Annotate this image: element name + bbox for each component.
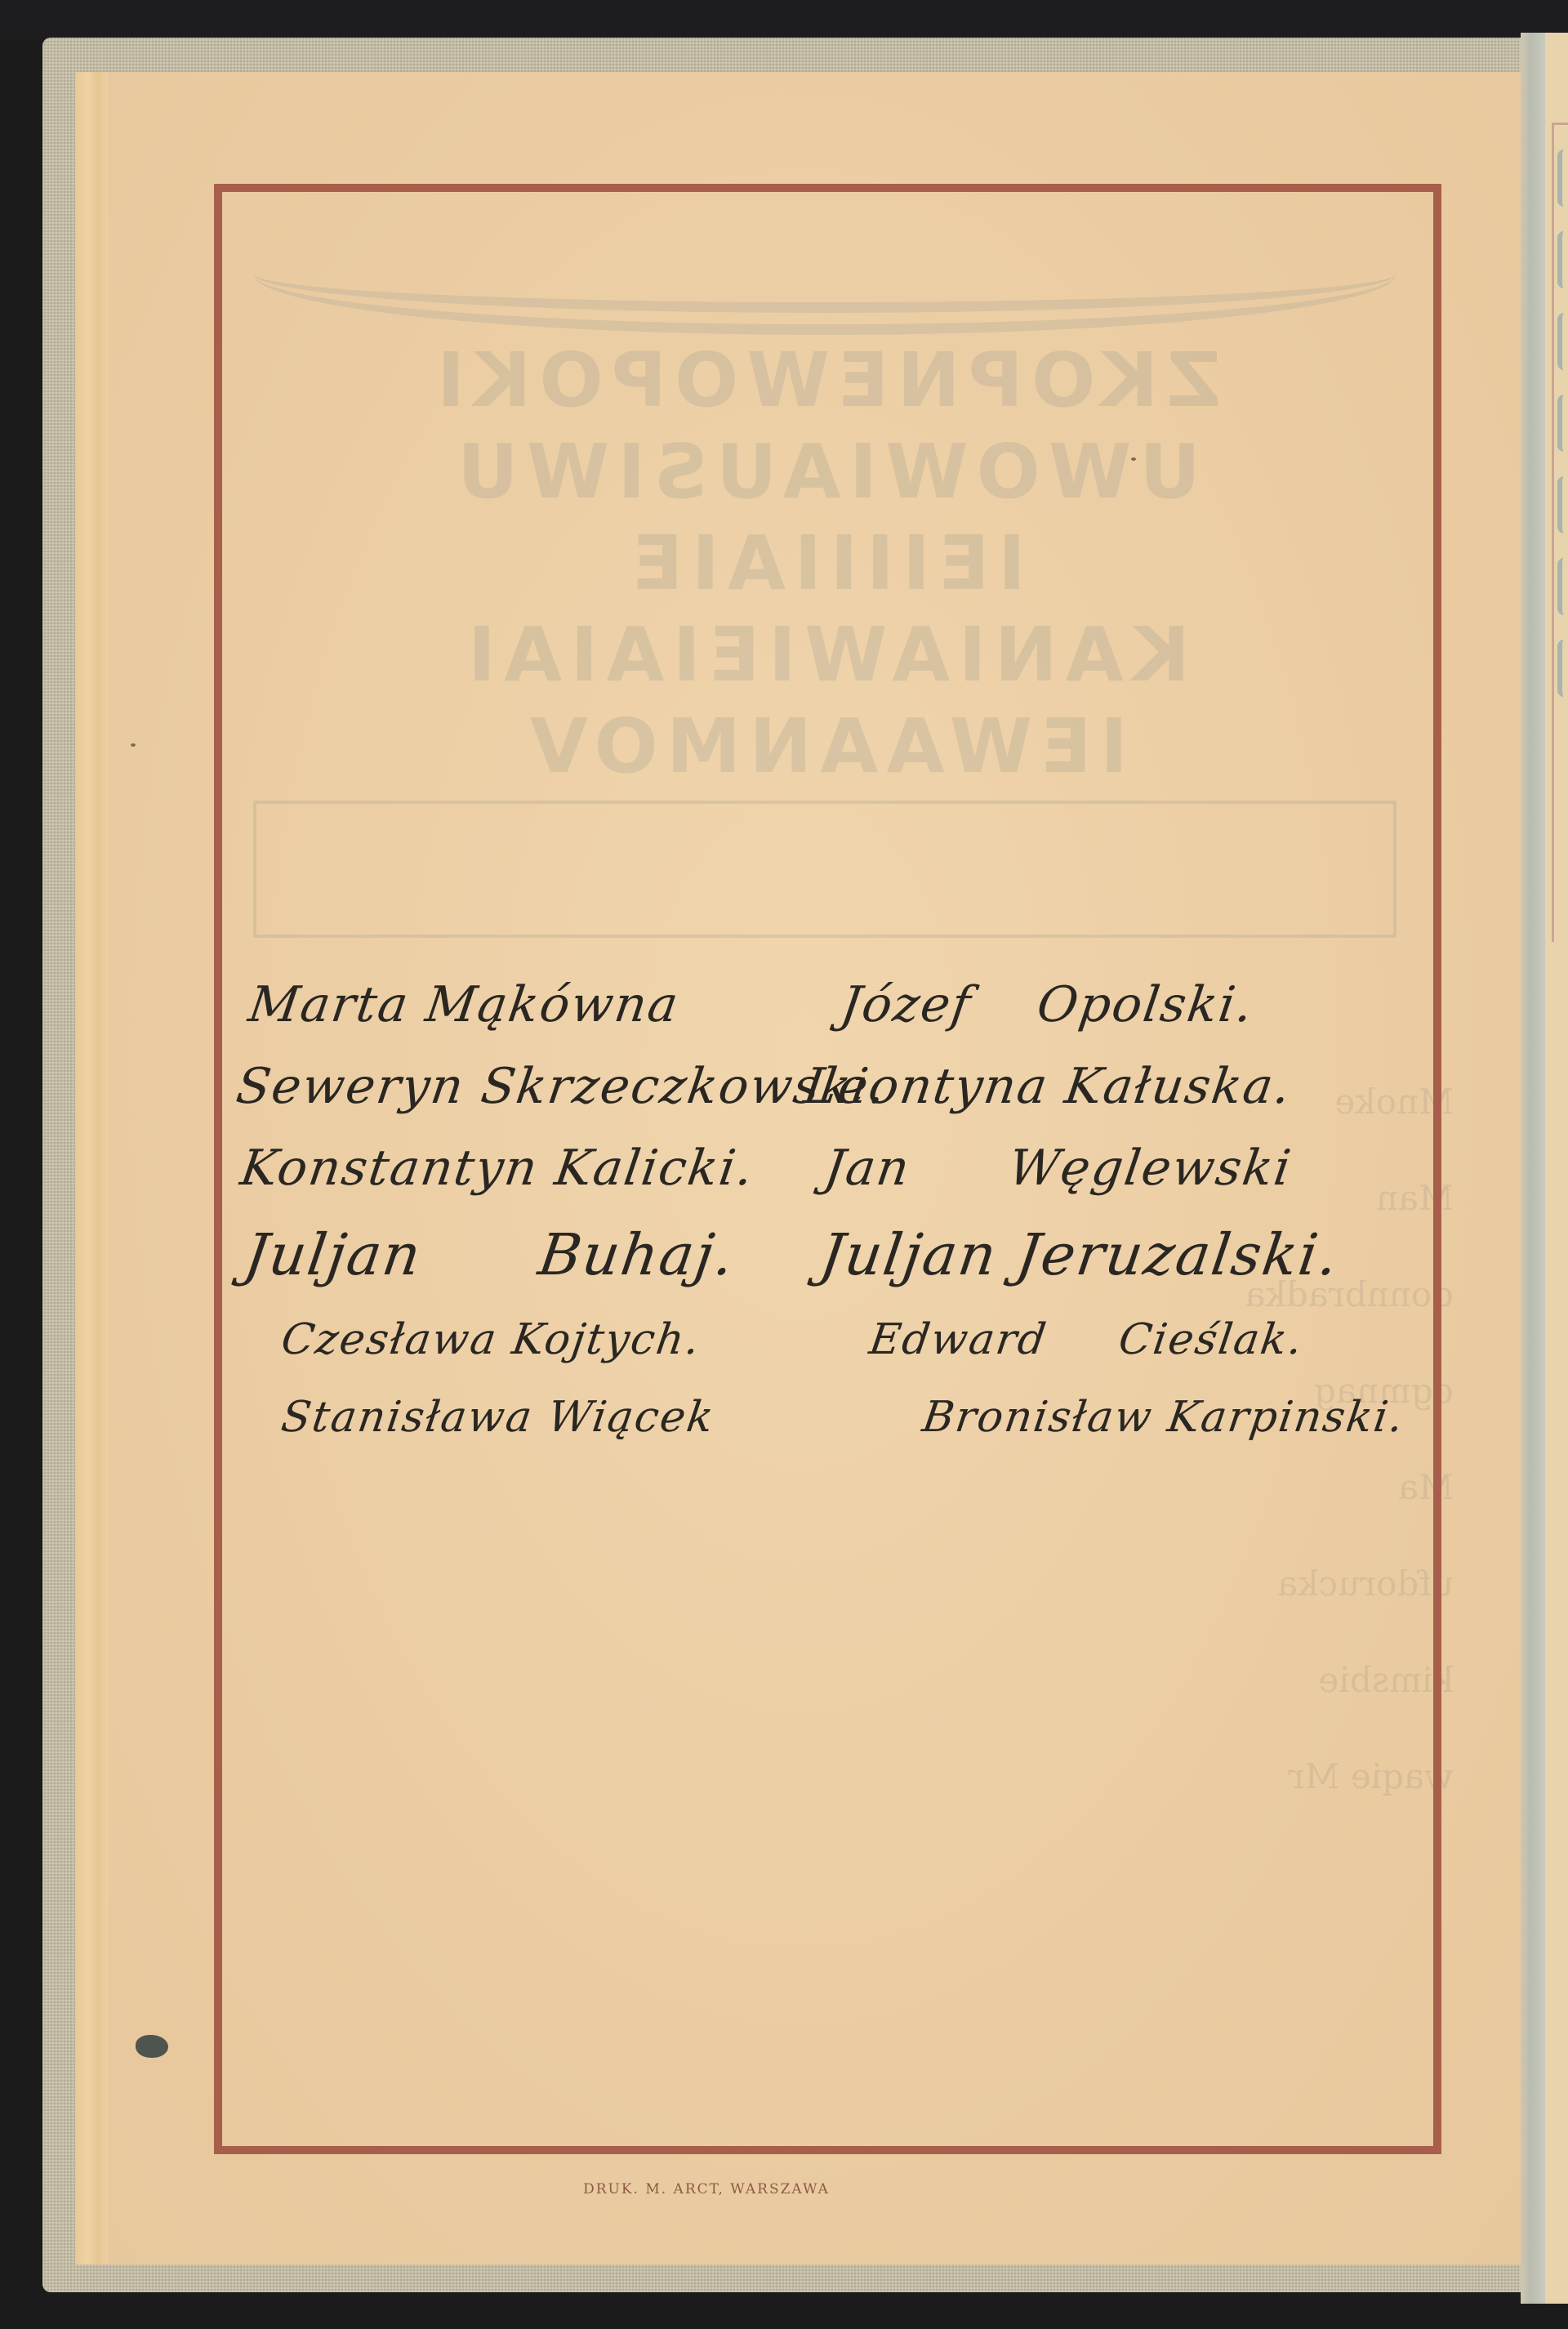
signature-right-3: Jan Węglewski <box>821 1140 1295 1197</box>
signature-right-2: Leontyna Kałuska. <box>800 1058 1295 1115</box>
ink-stain <box>136 2035 168 2058</box>
signature-right-6: Bronisław Karpinski. <box>920 1393 1408 1442</box>
signature-left-4: Juljan Buhaj. <box>240 1221 739 1288</box>
signature-left-3: Konstantyn Kalicki. <box>237 1140 758 1197</box>
signature-left-2: Seweryn Skrzeczkowski. <box>233 1058 890 1115</box>
signature-left-5: Czesława Kojtych. <box>278 1315 704 1364</box>
signature-list: Marta Mąkówna Seweryn Skrzeczkowski. Kon… <box>0 0 1568 2329</box>
paper-speck <box>1131 457 1136 461</box>
signature-right-1: Józef Opolski. <box>837 976 1258 1033</box>
signature-left-6: Stanisława Wiącek <box>278 1393 718 1442</box>
signature-left-1: Marta Mąkówna <box>245 976 683 1033</box>
printer-imprint: DRUK. M. ARCT, WARSZAWA <box>0 2181 1568 2197</box>
signature-right-4: Juljan Jeruzalski. <box>816 1221 1343 1288</box>
printer-imprint-text: DRUK. M. ARCT, WARSZAWA <box>583 2181 830 2197</box>
paper-speck <box>131 743 136 747</box>
signature-right-5: Edward Cieślak. <box>866 1315 1307 1364</box>
